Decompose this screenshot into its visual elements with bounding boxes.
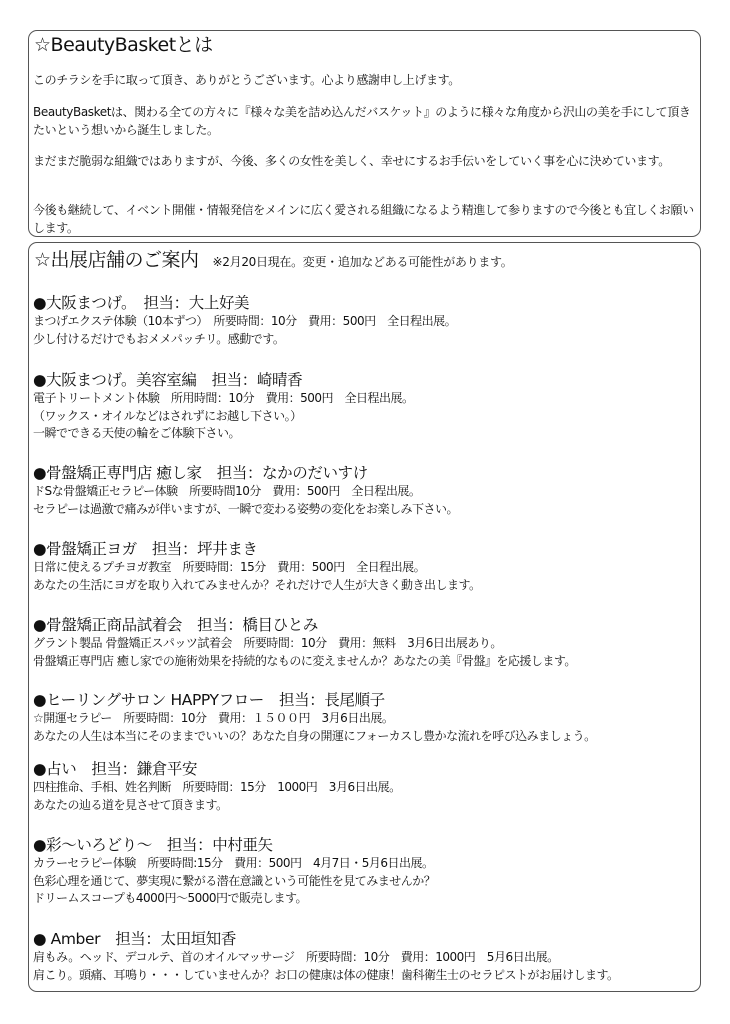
shop-description: あなたの人生は本当にそのままでいいの？あなた自身の開運にフォーカスし豊かな流れを… xyxy=(33,728,698,746)
shop-name: ●占い 担当：鎌倉平安 xyxy=(33,759,698,779)
shop-detail: まつげエクステ体験（10本ずつ） 所要時間：10分 費用：500円 全日程出展。 xyxy=(33,313,698,331)
shop-description: 色彩心理を通じて、夢実現に繋がる潜在意識という可能性を見てみませんか？ xyxy=(33,873,698,891)
shop-description: セラピーは過激で痛みが伴いますが、一瞬で変わる姿勢の変化をお楽しみ下さい。 xyxy=(33,501,698,519)
shop-description: 少し付けるだけでもおメメパッチリ。感動です。 xyxy=(33,331,698,349)
shop-detail: カラーセラピー体験 所要時間:15分 費用：500円 4月7日・5月6日出展。 xyxy=(33,855,698,873)
shop-detail: 日常に使えるプチヨガ教室 所要時間：15分 費用：500円 全日程出展。 xyxy=(33,559,698,577)
shop-entry: ●骨盤矯正専門店 癒し家 担当：なかのだいすけ ドSな骨盤矯正セラピー体験 所要… xyxy=(33,463,698,518)
shop-description: ドリームスコープも4000円～5000円で販売します。 xyxy=(33,890,698,908)
shop-name: ●ヒーリングサロン HAPPYフロー 担当：長尾順子 xyxy=(33,690,698,710)
shop-name: ●大阪まつげ。 担当：大上好美 xyxy=(33,293,698,313)
shop-entry: ●骨盤矯正商品試着会 担当：橋目ひとみ グラント製品 骨盤矯正スパッツ試着会 所… xyxy=(33,615,698,670)
intro-paragraph: まだまだ脆弱な組織ではありますが、今後、多くの女性を美しく、幸せにするお手伝いを… xyxy=(33,153,698,171)
intro-paragraph: このチラシを手に取って頂き、ありがとうございます。心より感謝申し上げます。 xyxy=(33,72,698,90)
shop-description: 一瞬でできる天使の輪をご体験下さい。 xyxy=(33,425,698,443)
intro-paragraph: BeautyBasketは、関わる全ての方々に『様々な美を詰め込んだバスケット』… xyxy=(33,104,698,139)
intro-paragraph: 今後も継続して、イベント開催・情報発信をメインに広く愛される組織になるよう精進し… xyxy=(33,202,698,237)
intro-box: ☆BeautyBasketとは このチラシを手に取って頂き、ありがとうございます… xyxy=(28,30,701,237)
shop-detail: 四柱推命、手相、姓名判断 所要時間：15分 1000円 3月6日出展。 xyxy=(33,779,698,797)
shop-detail: 肩もみ。ヘッド、デコルテ、首のオイルマッサージ 所要時間：10分 費用：1000… xyxy=(33,949,698,967)
shops-header: ☆出展店舗のご案内※2月20日現在。変更・追加などある可能性があります。 xyxy=(34,249,512,273)
shop-description: 骨盤矯正専門店 癒し家での施術効果を持続的なものに変えませんか？あなたの美『骨盤… xyxy=(33,653,698,671)
shops-note: ※2月20日現在。変更・追加などある可能性があります。 xyxy=(213,255,513,269)
shop-entry: ●大阪まつげ。美容室編 担当：崎晴香 電子トリートメント体験 所用時間：10分 … xyxy=(33,370,698,443)
shop-detail: 電子トリートメント体験 所用時間：10分 費用：500円 全日程出展。 xyxy=(33,390,698,408)
shop-detail: ☆開運セラピー 所要時間：10分 費用：１５００円 3月6日出展。 xyxy=(33,710,698,728)
shop-name: ●骨盤矯正専門店 癒し家 担当：なかのだいすけ xyxy=(33,463,698,483)
shop-entry: ●大阪まつげ。 担当：大上好美 まつげエクステ体験（10本ずつ） 所要時間：10… xyxy=(33,293,698,348)
shop-entry: ●彩～いろどり～ 担当：中村亜矢 カラーセラピー体験 所要時間:15分 費用：5… xyxy=(33,835,698,908)
shop-name: ●彩～いろどり～ 担当：中村亜矢 xyxy=(33,835,698,855)
shops-title: ☆出展店舗のご案内 xyxy=(34,249,199,271)
shop-name: ● Amber 担当：太田垣知香 xyxy=(33,929,698,949)
shop-name: ●骨盤矯正ヨガ 担当：坪井まき xyxy=(33,539,698,559)
shop-name: ●骨盤矯正商品試着会 担当：橋目ひとみ xyxy=(33,615,698,635)
shop-name: ●大阪まつげ。美容室編 担当：崎晴香 xyxy=(33,370,698,390)
shops-box: ☆出展店舗のご案内※2月20日現在。変更・追加などある可能性があります。 ●大阪… xyxy=(28,242,701,992)
shop-detail: グラント製品 骨盤矯正スパッツ試着会 所要時間：10分 費用：無料 3月6日出展… xyxy=(33,635,698,653)
shop-description: あなたの辿る道を見させて頂きます。 xyxy=(33,797,698,815)
shop-entry: ●占い 担当：鎌倉平安 四柱推命、手相、姓名判断 所要時間：15分 1000円 … xyxy=(33,759,698,814)
shop-entry: ●骨盤矯正ヨガ 担当：坪井まき 日常に使えるプチヨガ教室 所要時間：15分 費用… xyxy=(33,539,698,594)
intro-title: ☆BeautyBasketとは xyxy=(34,34,213,56)
shop-detail: ドSな骨盤矯正セラピー体験 所要時間10分 費用：500円 全日程出展。 xyxy=(33,483,698,501)
shop-entry: ● Amber 担当：太田垣知香 肩もみ。ヘッド、デコルテ、首のオイルマッサージ… xyxy=(33,929,698,984)
shop-note: （ワックス・オイルなどはされずにお越し下さい。） xyxy=(33,408,698,426)
shop-description: あなたの生活にヨガを取り入れてみませんか？それだけで人生が大きく動き出します。 xyxy=(33,577,698,595)
shop-description: 肩こり。頭痛、耳鳴り・・・していませんか？お口の健康は体の健康！歯科衛生士のセラ… xyxy=(33,967,698,985)
shop-entry: ●ヒーリングサロン HAPPYフロー 担当：長尾順子 ☆開運セラピー 所要時間：… xyxy=(33,690,698,745)
